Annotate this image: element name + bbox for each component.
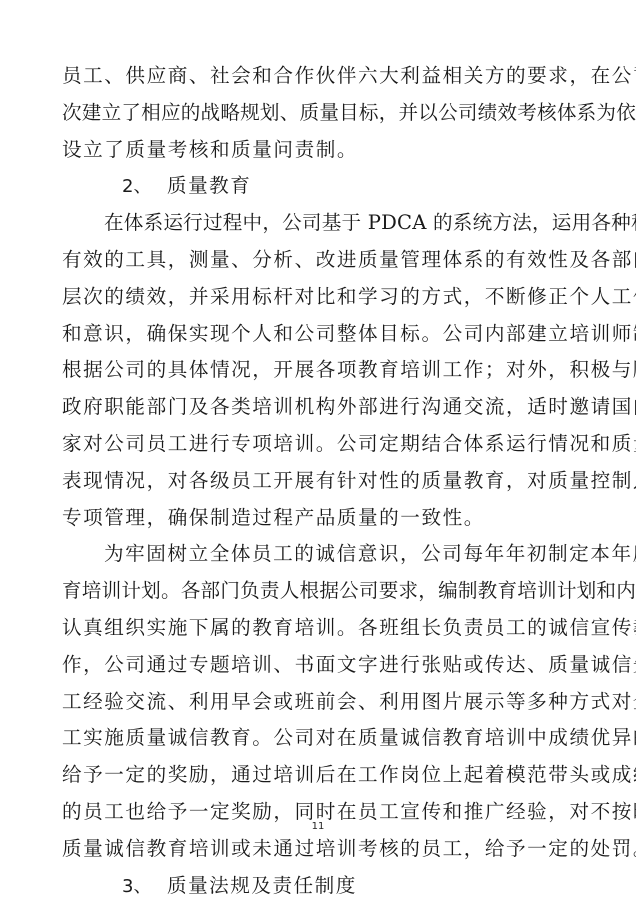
text-line: 在体系运行过程中，公司基于 PDCA 的系统方法，运用各种科学、 xyxy=(62,205,578,242)
text-line: 质量诚信教育培训或未通过培训考核的员工，给予一定的处罚。 xyxy=(62,831,578,868)
text-line: 工实施质量诚信教育。公司对在质量诚信教育培训中成绩优异的人员 xyxy=(62,720,578,757)
text-line: 层次的绩效，并采用标杆对比和学习的方式，不断修正个人工作思想 xyxy=(62,279,578,316)
text-line: 政府职能部门及各类培训机构外部进行沟通交流，适时邀请国内外专 xyxy=(62,389,578,426)
document-body: 员工、供应商、社会和合作伙伴六大利益相关方的要求，在公司各层 次建立了相应的战略… xyxy=(62,58,578,900)
section-title: 质量法规及责任制度 xyxy=(167,874,357,897)
text-line: 和意识，确保实现个人和公司整体目标。公司内部建立培训师制度， xyxy=(62,316,578,353)
section-title: 质量教育 xyxy=(167,174,251,197)
section-number: 2、 xyxy=(122,169,167,206)
text-line: 给予一定的奖励，通过培训后在工作岗位上起着模范带头或成绩突出 xyxy=(62,757,578,794)
text-line: 育培训计划。各部门负责人根据公司要求，编制教育培训计划和内容， xyxy=(62,573,578,610)
text-line: 认真组织实施下属的教育培训。各班组长负责员工的诚信宣传教育工 xyxy=(62,610,578,647)
paragraph-continuation: 员工、供应商、社会和合作伙伴六大利益相关方的要求，在公司各层 次建立了相应的战略… xyxy=(62,58,578,168)
text-line: 专项管理，确保制造过程产品质量的一致性。 xyxy=(62,500,578,537)
text-line: 有效的工具，测量、分析、改进质量管理体系的有效性及各部门、各 xyxy=(62,242,578,279)
page-number: 11 xyxy=(0,821,636,832)
text-line: 次建立了相应的战略规划、质量目标，并以公司绩效考核体系为依托， xyxy=(62,95,578,132)
text-line: 作，公司通过专题培训、书面文字进行张贴或传达、质量诚信先进员 xyxy=(62,647,578,684)
text-line: 员工、供应商、社会和合作伙伴六大利益相关方的要求，在公司各层 xyxy=(62,58,578,95)
text-line: 设立了质量考核和质量问责制。 xyxy=(62,132,578,169)
text-line: 为牢固树立全体员工的诚信意识，公司每年年初制定本年度的教 xyxy=(62,536,578,573)
text-line: 家对公司员工进行专项培训。公司定期结合体系运行情况和质量实际 xyxy=(62,426,578,463)
document-page: 员工、供应商、社会和合作伙伴六大利益相关方的要求，在公司各层 次建立了相应的战略… xyxy=(0,0,636,900)
text-line: 表现情况，对各级员工开展有针对性的质量教育，对质量控制点进行 xyxy=(62,463,578,500)
section-heading-quality-education: 2、质量教育 xyxy=(62,168,578,205)
paragraph-integrity-training: 为牢固树立全体员工的诚信意识，公司每年年初制定本年度的教 育培训计划。各部门负责… xyxy=(62,536,578,867)
section-number: 3、 xyxy=(122,869,167,900)
section-heading-quality-regulations: 3、质量法规及责任制度 xyxy=(62,868,578,900)
text-line: 工经验交流、利用早会或班前会、利用图片展示等多种方式对企业员 xyxy=(62,684,578,721)
text-line: 根据公司的具体情况，开展各项教育培训工作；对外，积极与顾客和 xyxy=(62,352,578,389)
paragraph-pdca: 在体系运行过程中，公司基于 PDCA 的系统方法，运用各种科学、 有效的工具，测… xyxy=(62,205,578,536)
